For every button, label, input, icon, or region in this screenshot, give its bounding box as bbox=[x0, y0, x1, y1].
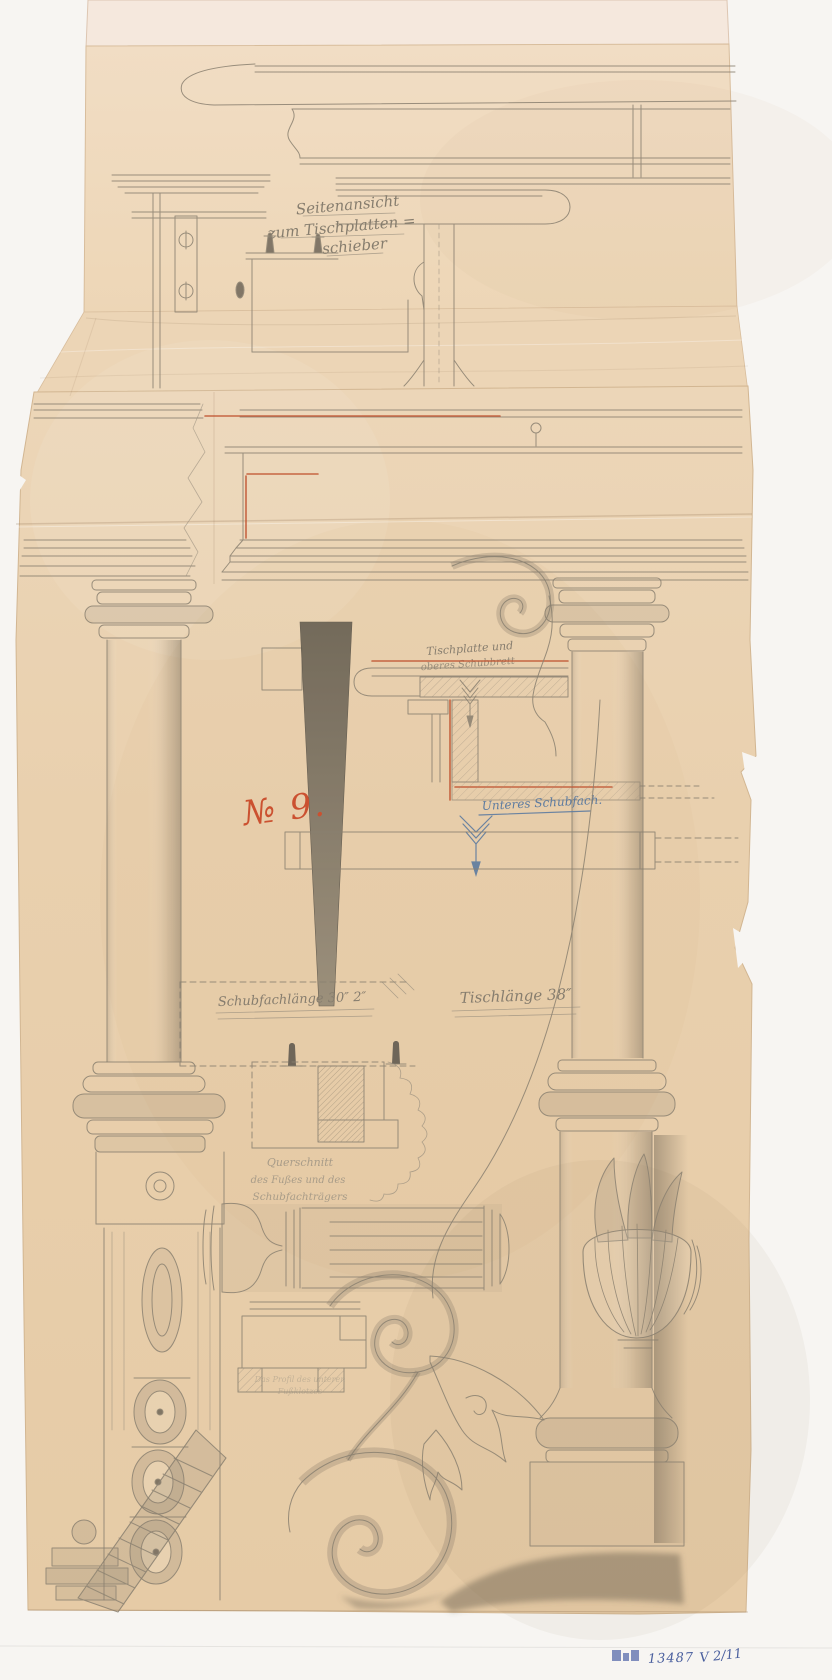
bolt-icon bbox=[288, 1043, 296, 1066]
stamp-reference: V 2/11 bbox=[699, 1647, 743, 1666]
knob-icon bbox=[236, 282, 244, 298]
archive-stamp-mark-icon bbox=[612, 1650, 639, 1661]
drawing-canvas: Seitenansicht zum Tischplatten = schiebe… bbox=[0, 0, 832, 1680]
cross-section-line1: Querschnitt bbox=[267, 1156, 334, 1169]
stamp-number: 13487 bbox=[648, 1650, 695, 1667]
torn-edge-notch bbox=[742, 752, 764, 780]
scanned-drawing-page: Seitenansicht zum Tischplatten = schiebe… bbox=[0, 0, 832, 1680]
faint-note-line2: Fußklotzes bbox=[277, 1387, 323, 1396]
cross-section-line3: Schubfachträgers bbox=[253, 1191, 349, 1203]
cross-section-line2: des Fußes und des bbox=[251, 1175, 346, 1186]
column-plinth bbox=[530, 1462, 684, 1546]
paper-sheet-top-strip bbox=[86, 0, 729, 48]
backing-sheet-edge bbox=[0, 1646, 832, 1648]
bolt-icon bbox=[392, 1041, 400, 1064]
archive-stamp: 13487 V 2/11 bbox=[612, 1647, 743, 1667]
faint-note-line1: Das Profil des unteren bbox=[254, 1375, 346, 1384]
